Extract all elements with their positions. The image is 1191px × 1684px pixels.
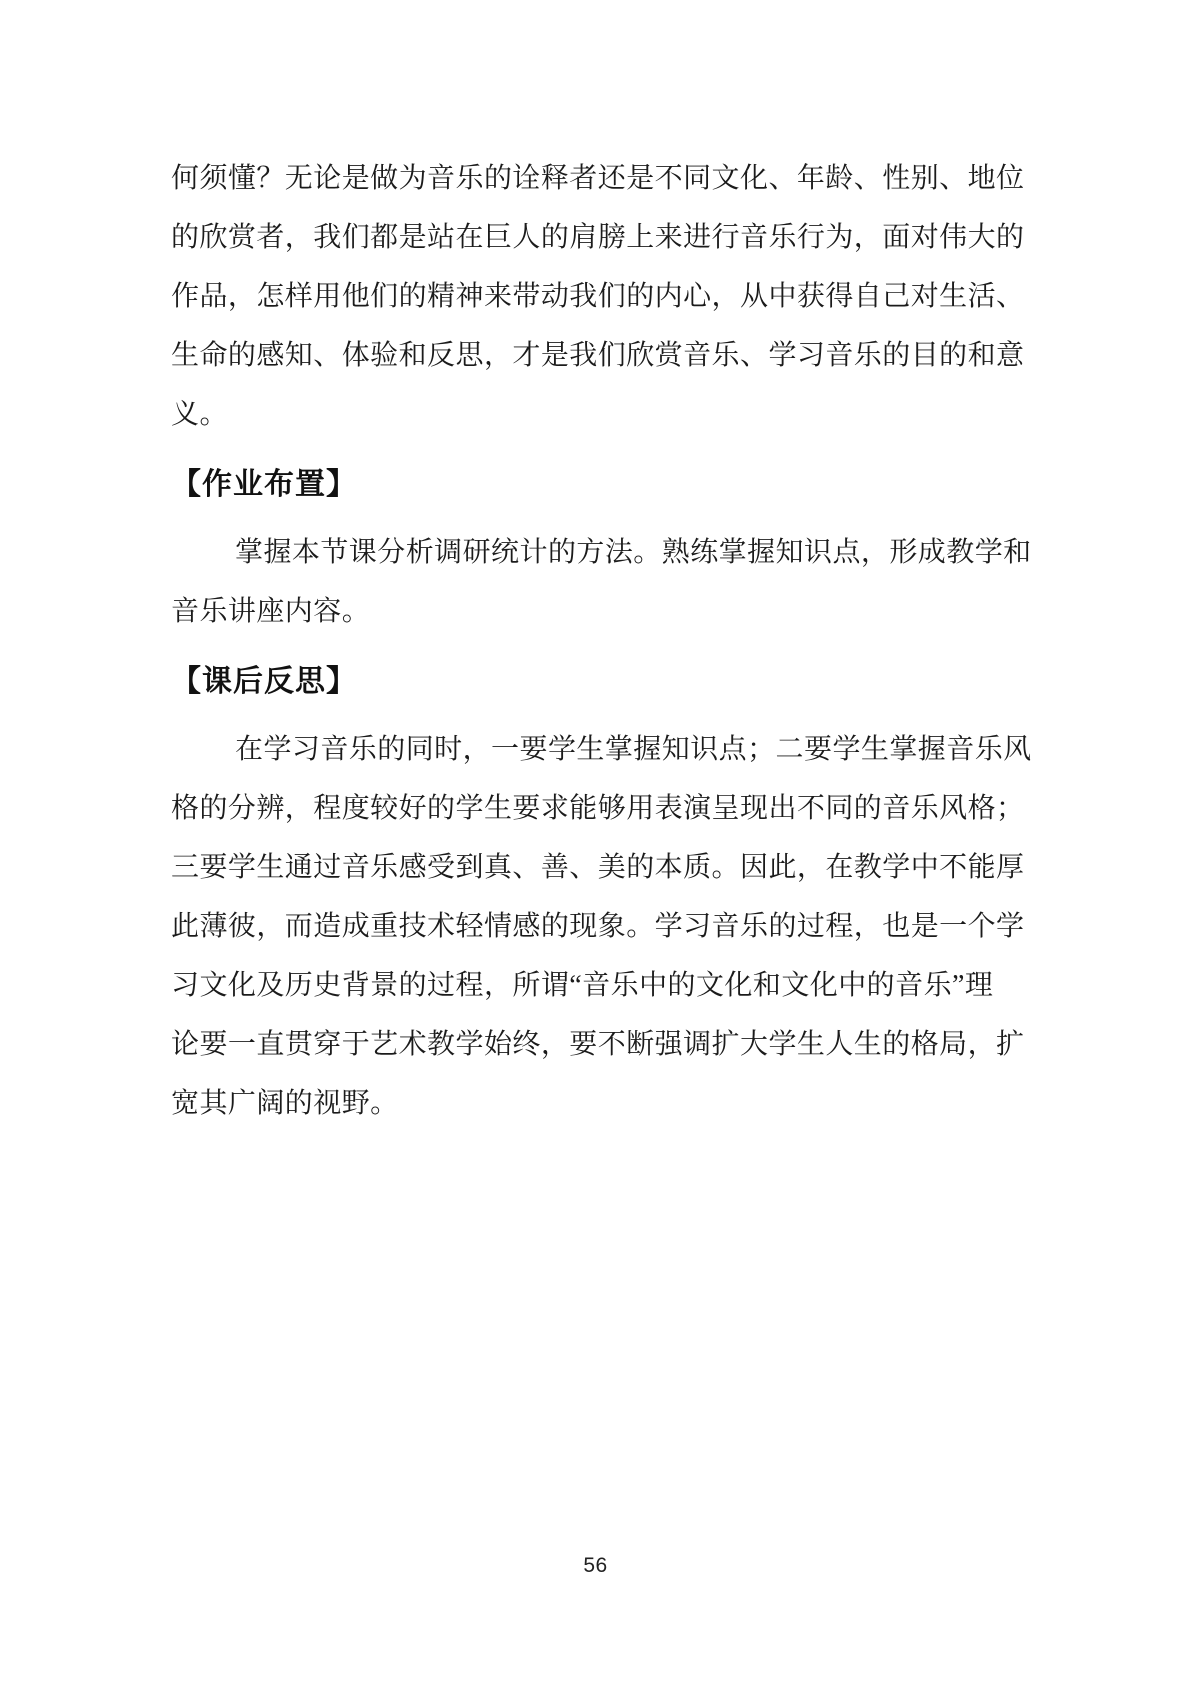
text-line: 在学习音乐的同时，一要学生掌握知识点；二要学生掌握音乐风 xyxy=(171,720,1027,779)
intro-paragraph: 何须懂？无论是做为音乐的诠释者还是不同文化、年龄、性别、地位 的欣赏者，我们都是… xyxy=(171,149,1027,444)
text-line: 义。 xyxy=(171,385,1027,444)
page-number: 56 xyxy=(583,1554,607,1577)
text-line: 何须懂？无论是做为音乐的诠释者还是不同文化、年龄、性别、地位 xyxy=(171,149,1027,208)
reflection-paragraph: 在学习音乐的同时，一要学生掌握知识点；二要学生掌握音乐风 格的分辨，程度较好的学… xyxy=(171,720,1027,1133)
homework-section-heading: 【作业布置】 xyxy=(171,454,1027,516)
text-line: 音乐讲座内容。 xyxy=(171,582,1027,641)
text-line: 的欣赏者，我们都是站在巨人的肩膀上来进行音乐行为，面对伟大的 xyxy=(171,208,1027,267)
text-line: 三要学生通过音乐感受到真、善、美的本质。因此，在教学中不能厚 xyxy=(171,838,1027,897)
text-line: 作品，怎样用他们的精神来带动我们的内心，从中获得自己对生活、 xyxy=(171,267,1027,326)
document-body: 何须懂？无论是做为音乐的诠释者还是不同文化、年龄、性别、地位 的欣赏者，我们都是… xyxy=(171,149,1027,1133)
text-line: 格的分辨，程度较好的学生要求能够用表演呈现出不同的音乐风格； xyxy=(171,779,1027,838)
homework-paragraph: 掌握本节课分析调研统计的方法。熟练掌握知识点，形成教学和 音乐讲座内容。 xyxy=(171,523,1027,641)
text-line: 宽其广阔的视野。 xyxy=(171,1074,1027,1133)
page-footer: 56 xyxy=(0,1553,1191,1578)
text-line: 此薄彼，而造成重技术轻情感的现象。学习音乐的过程，也是一个学 xyxy=(171,897,1027,956)
text-line: 论要一直贯穿于艺术教学始终，要不断强调扩大学生人生的格局，扩 xyxy=(171,1015,1027,1074)
document-page: 何须懂？无论是做为音乐的诠释者还是不同文化、年龄、性别、地位 的欣赏者，我们都是… xyxy=(0,0,1191,1684)
text-line: 生命的感知、体验和反思，才是我们欣赏音乐、学习音乐的目的和意 xyxy=(171,326,1027,385)
reflection-section-heading: 【课后反思】 xyxy=(171,651,1027,713)
text-line: 习文化及历史背景的过程，所谓“音乐中的文化和文化中的音乐”理 xyxy=(171,956,1027,1015)
text-line: 掌握本节课分析调研统计的方法。熟练掌握知识点，形成教学和 xyxy=(171,523,1027,582)
